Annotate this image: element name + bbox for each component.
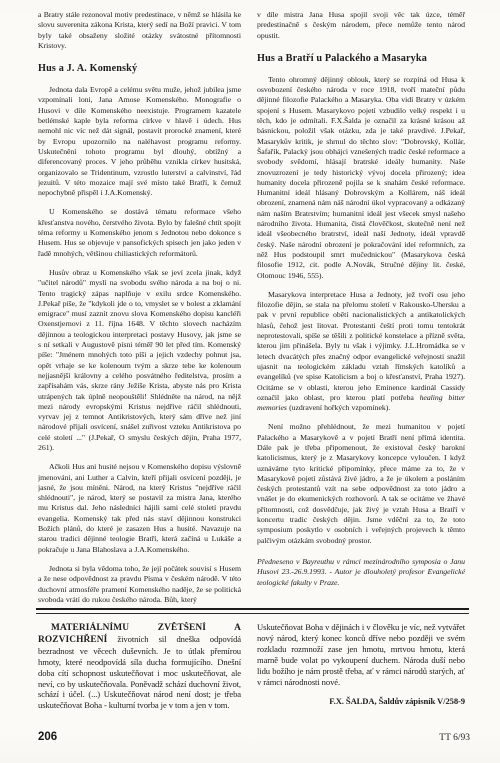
paragraph: U Komenského se dostává tématu reformace…	[38, 207, 241, 258]
paragraph: Ačkoli Hus ani husité nejsou v Komenskéh…	[38, 462, 241, 555]
paragraph: Tento ohromný dějinný oblouk, který se r…	[257, 75, 465, 281]
right-column: v díle mistra Jana Husa spojil svoji věc…	[257, 10, 465, 608]
paragraph-text: Masarykova interpretace Husa a Jednoty, …	[257, 290, 465, 402]
paragraph: Jednota si byla vědoma toho, že její poč…	[38, 564, 241, 605]
paragraph-continuation: v díle mistra Jana Husa spojil svoji věc…	[257, 10, 465, 41]
quote-text: životních sil dneška odpovídá bezradnost…	[38, 634, 241, 710]
paragraph-with-italic: Masarykova interpretace Husa a Jednoty, …	[257, 290, 465, 414]
article-body: a Bratry stále rezonoval motiv predestin…	[38, 10, 467, 608]
quote-section: MATERIÁLNÍMU ZVĚTŠENÍ A ROZVICHŘENÍ živo…	[38, 622, 467, 722]
page-number: 206	[38, 731, 57, 743]
section-divider-rule	[36, 608, 469, 614]
paragraph: Husův obraz u Komenského však se jeví zc…	[38, 268, 241, 453]
issue-reference: TT 6/93	[439, 733, 470, 743]
paragraph-continuation: a Bratry stále rezonoval motiv predestin…	[38, 10, 241, 51]
paragraph-text: (uzdravení hořkých vzpomínek).	[287, 403, 390, 412]
author-note: Předneseno v Bayreuthu v rámci mezinárod…	[257, 557, 465, 588]
paragraph: Jednota dala Evropě a celému světu muže,…	[38, 85, 241, 198]
quote-left-column: MATERIÁLNÍMU ZVĚTŠENÍ A ROZVICHŘENÍ živo…	[38, 622, 241, 722]
section-heading-komensky: Hus a J. A. Komenský	[38, 63, 241, 74]
quote-attribution: F.X. ŠALDA, Šaldův zápisník V/258-9	[257, 696, 465, 707]
quote-right-column: Uskutečňovat Boha v dějinách i v člověku…	[257, 622, 465, 722]
section-heading-palacky-masaryk: Hus a Bratří u Palackého a Masaryka	[257, 53, 465, 64]
scanned-journal-page: a Bratry stále rezonoval motiv predestin…	[0, 0, 500, 763]
quote-paragraph: MATERIÁLNÍMU ZVĚTŠENÍ A ROZVICHŘENÍ živo…	[38, 622, 241, 711]
page-footer: 206 TT 6/93	[38, 731, 470, 743]
paragraph: Není možno přehlédnout, že mezi humanito…	[257, 422, 465, 546]
left-column: a Bratry stále rezonoval motiv predestin…	[38, 10, 241, 608]
quote-paragraph: Uskutečňovat Boha v dějinách i v člověku…	[257, 622, 465, 687]
